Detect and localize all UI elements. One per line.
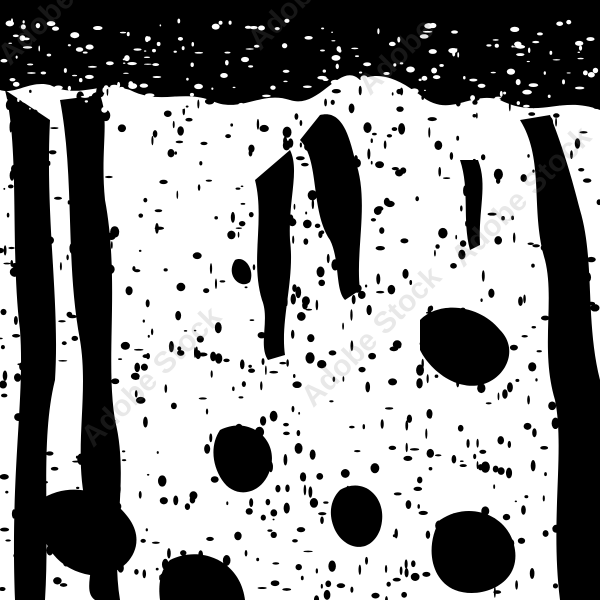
texture-shapes xyxy=(0,0,600,600)
grunge-texture-image: Adobe Adobe Adobe Adobe Stock Adobe Stoc… xyxy=(0,0,600,600)
